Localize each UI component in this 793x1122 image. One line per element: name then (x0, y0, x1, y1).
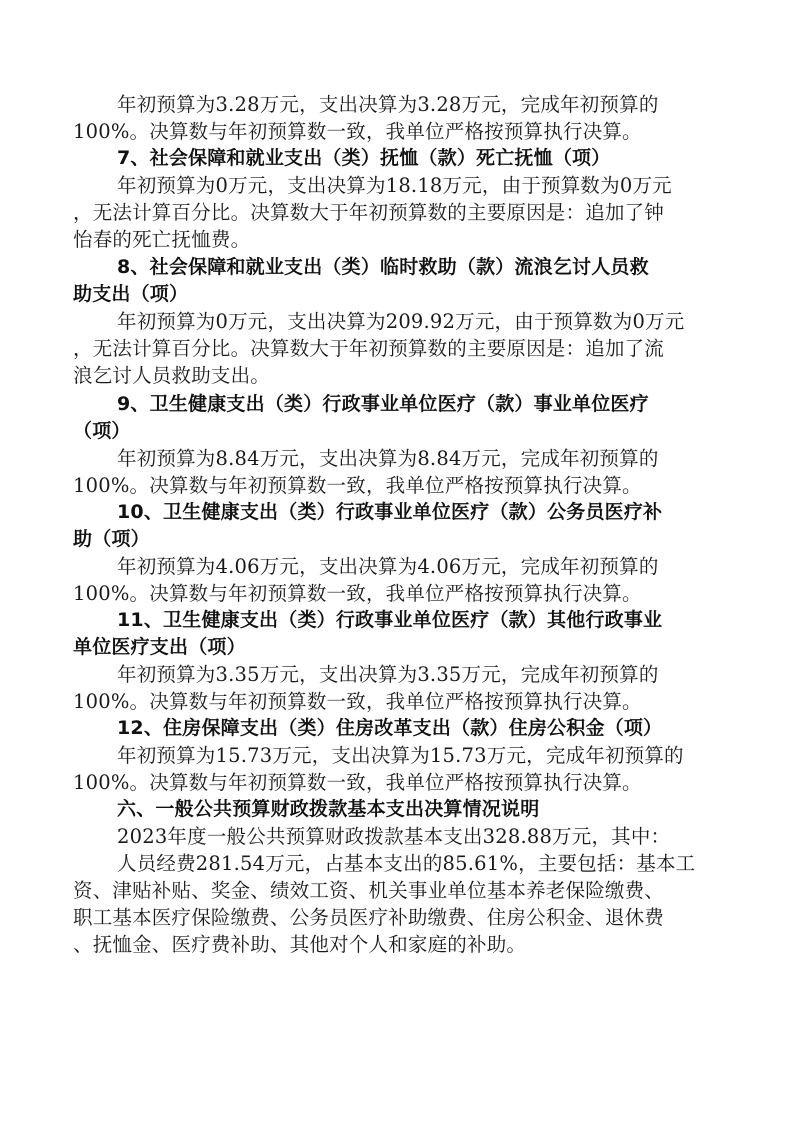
paragraph-line: 年初预算为3.35万元，支出决算为3.35万元，完成年初预算的 (117, 661, 777, 688)
paragraph-line: ，无法计算百分比。决算数大于年初预算数的主要原因是：追加了流 (73, 335, 733, 362)
paragraph-line: 浪乞讨人员救助支出。 (73, 362, 733, 389)
paragraph-line: 怡春的死亡抚恤费。 (73, 226, 733, 253)
paragraph-line: 100%。决算数与年初预算数一致，我单位严格按预算执行决算。 (73, 472, 733, 499)
section-heading-10-cont: 助（项） (73, 526, 733, 553)
paragraph-line: 、抚恤金、医疗费补助、其他对个人和家庭的补助。 (73, 931, 733, 958)
paragraph-line: ，无法计算百分比。决算数大于年初预算数的主要原因是：追加了钟 (73, 199, 733, 226)
paragraph-line: 100%。决算数与年初预算数一致，我单位严格按预算执行决算。 (73, 580, 733, 607)
section-heading-9-cont: （项） (73, 418, 733, 445)
paragraph-line: 年初预算为4.06万元，支出决算为4.06万元，完成年初预算的 (117, 553, 777, 580)
paragraph-line: 年初预算为15.73万元，支出决算为15.73万元，完成年初预算的 (117, 742, 777, 769)
section-heading-11: 11、卫生健康支出（类）行政事业单位医疗（款）其他行政事业 (117, 607, 777, 634)
paragraph-line: 2023年度一般公共预算财政拨款基本支出328.88万元，其中： (117, 823, 777, 850)
section-heading-11-cont: 单位医疗支出（项） (73, 634, 733, 661)
paragraph-line: 年初预算为0万元，支出决算为18.18万元，由于预算数为0万元 (117, 172, 777, 199)
paragraph-line: 资、津贴补贴、奖金、绩效工资、机关事业单位基本养老保险缴费、 (73, 877, 733, 904)
paragraph-line: 100%。决算数与年初预算数一致，我单位严格按预算执行决算。 (73, 688, 733, 715)
paragraph-line: 100%。决算数与年初预算数一致，我单位严格按预算执行决算。 (73, 769, 733, 796)
section-heading-9: 9、卫生健康支出（类）行政事业单位医疗（款）事业单位医疗 (117, 391, 777, 418)
paragraph-line: 年初预算为3.28万元，支出决算为3.28万元，完成年初预算的 (117, 91, 777, 118)
document-page: 年初预算为3.28万元，支出决算为3.28万元，完成年初预算的 100%。决算数… (0, 0, 793, 1122)
section-heading-8-cont: 助支出（项） (73, 281, 733, 308)
section-heading-7: 7、社会保障和就业支出（类）抚恤（款）死亡抚恤（项） (117, 145, 777, 172)
paragraph-line: 年初预算为8.84万元，支出决算为8.84万元，完成年初预算的 (117, 445, 777, 472)
paragraph-line: 100%。决算数与年初预算数一致，我单位严格按预算执行决算。 (73, 118, 733, 145)
paragraph-line: 职工基本医疗保险缴费、公务员医疗补助缴费、住房公积金、退休费 (73, 904, 733, 931)
section-heading-12: 12、住房保障支出（类）住房改革支出（款）住房公积金（项） (117, 715, 777, 742)
section-heading-six: 六、一般公共预算财政拨款基本支出决算情况说明 (117, 796, 777, 823)
section-heading-10: 10、卫生健康支出（类）行政事业单位医疗（款）公务员医疗补 (117, 499, 777, 526)
paragraph-line: 人员经费281.54万元，占基本支出的85.61%，主要包括：基本工 (117, 850, 777, 877)
paragraph-line: 年初预算为0万元，支出决算为209.92万元，由于预算数为0万元 (117, 308, 777, 335)
section-heading-8: 8、社会保障和就业支出（类）临时救助（款）流浪乞讨人员救 (117, 254, 777, 281)
